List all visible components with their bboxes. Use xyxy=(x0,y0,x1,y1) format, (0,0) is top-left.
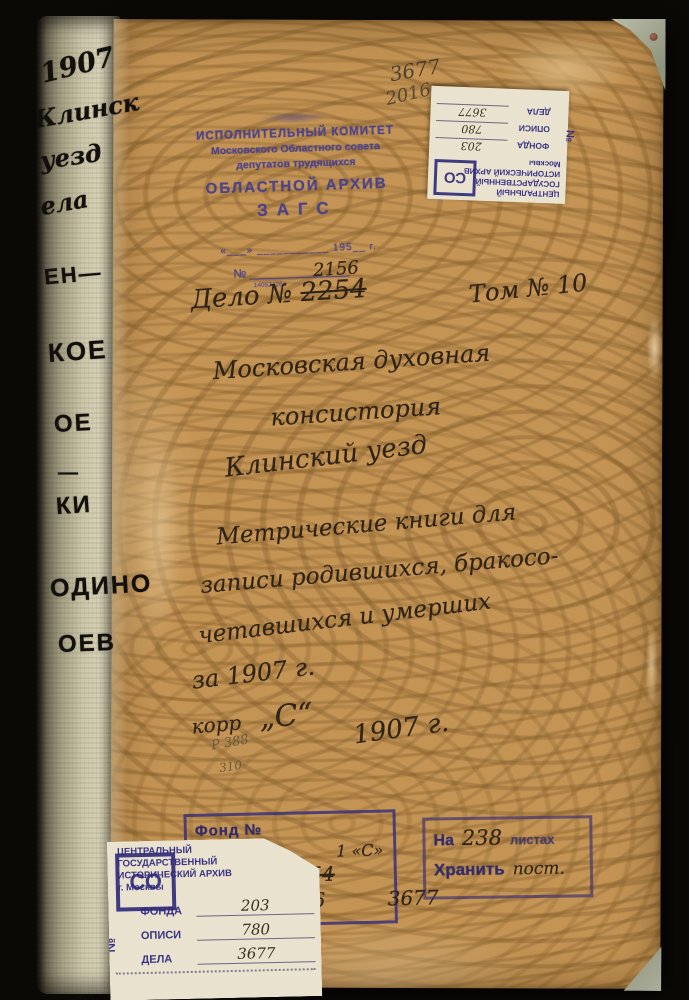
sheets-word: листах xyxy=(510,832,555,848)
title-line-books-3: четавшихся и умерших xyxy=(197,589,492,650)
stamp-smudge xyxy=(259,111,329,125)
wear-spot xyxy=(646,317,662,381)
field-label: ОПИСИ xyxy=(514,123,550,134)
fond-hand-letter: 1 «С» xyxy=(336,841,384,861)
sheets-row: На 238 листах xyxy=(433,824,581,850)
field-value: 780 xyxy=(197,919,315,941)
sheet-count-stamp: На 238 листах Хранить пост. xyxy=(422,815,593,899)
volume-number: Том № 10 xyxy=(468,269,589,309)
wear-spot xyxy=(136,429,183,639)
co-round-stamp: СО xyxy=(433,159,476,197)
title-line-consistory-1: Московская духовная xyxy=(212,339,491,385)
field-value: 203 xyxy=(435,137,507,154)
wear-spot xyxy=(645,621,657,711)
korr-letter: „С“ xyxy=(258,696,315,735)
zags-archive-stamp: ИСПОЛНИТЕЛЬНЫЙ КОМИТЕТ Московского Облас… xyxy=(168,108,425,292)
na-word: На xyxy=(433,832,454,850)
new-case-number: 2156 xyxy=(312,257,359,281)
front-cover: ИСПОЛНИТЕЛЬНЫЙ КОМИТЕТ Московского Облас… xyxy=(110,19,663,989)
spine-text-fragment: ЕН— xyxy=(43,259,104,290)
field-value: 203 xyxy=(196,895,314,917)
field-label: ОПИСИ xyxy=(141,928,191,941)
field-label: ФОНДА xyxy=(513,140,549,151)
stamp-line: ОБЛАСТНОЙ АРХИВ xyxy=(170,174,422,199)
field-value: 780 xyxy=(436,120,508,137)
label-field-opisi: ОПИСИ 780 xyxy=(115,919,315,943)
spine-text-fragment: ОЕВ xyxy=(58,629,117,659)
label-field-dela: ДЕЛА 3677 xyxy=(436,103,562,122)
keep-word: Хранить xyxy=(434,859,505,880)
pencil-note-2: 310 xyxy=(218,758,243,775)
case-word: Дело № xyxy=(190,279,293,316)
spine-text-fragment: ОЕ xyxy=(53,409,93,439)
keep-row: Хранить пост. xyxy=(434,858,582,880)
case-number: 2254 2156 xyxy=(300,274,368,308)
book-cover-photo: 1907 Клинск уезд ела ЕН— КОЕ ОЕ — КИ ОДИ… xyxy=(0,0,689,1000)
rivet-mark xyxy=(650,33,658,41)
label-micro-print xyxy=(116,965,316,975)
worn-corner-bottom-right xyxy=(619,943,661,991)
field-label: ДЕЛА xyxy=(514,106,550,117)
title-line-korr: корр „С“ xyxy=(190,696,314,741)
title-line-uezd: Клинский уезд xyxy=(223,430,429,484)
label-field-dela: ДЕЛА 3677 xyxy=(115,943,315,967)
field-value: 3677 xyxy=(197,943,315,965)
archive-label-bottom: ЦЕНТРАЛЬНЫЙ ГОСУДАРСТВЕННЫЙ ИСТОРИЧЕСКИЙ… xyxy=(107,837,323,1000)
keep-value: пост. xyxy=(512,859,565,880)
stamp-line: ЗАГС xyxy=(171,196,424,224)
sheet-count-value: 238 xyxy=(462,826,502,851)
spine-text-dash: — xyxy=(58,462,80,485)
field-value: 3677 xyxy=(436,103,508,120)
label-field-fonda: ФОНДА 203 xyxy=(435,137,561,156)
title-line-consistory-2: консистория xyxy=(270,392,442,431)
archive-label-top: ЦЕНТРАЛЬНЫЙ ГОСУДАРСТВЕННЫЙ ИСТОРИЧЕСКИЙ… xyxy=(427,86,569,204)
title-line-books-2: записи родившихся, бракосо- xyxy=(199,543,559,599)
number-sign: № xyxy=(563,130,575,143)
label-field-opisi: ОПИСИ 780 xyxy=(436,120,562,139)
title-line-books-1: Метрические книги для xyxy=(215,499,517,550)
title-line-year: за 1907 г. xyxy=(190,652,316,694)
spine-text-fragment: ОДИНО xyxy=(49,569,153,603)
fond-stamp-label: Фонд № xyxy=(195,821,263,840)
spine-text-fragment: КОЕ xyxy=(47,334,108,369)
spine-text-fragment: КИ xyxy=(55,491,93,521)
field-label: ДЕЛА xyxy=(141,952,191,965)
stamp-date-line: «___» ___________ 195__ г. xyxy=(173,240,425,259)
year-inscription: 1907 г. xyxy=(352,708,451,751)
co-round-stamp: СО xyxy=(115,852,176,911)
